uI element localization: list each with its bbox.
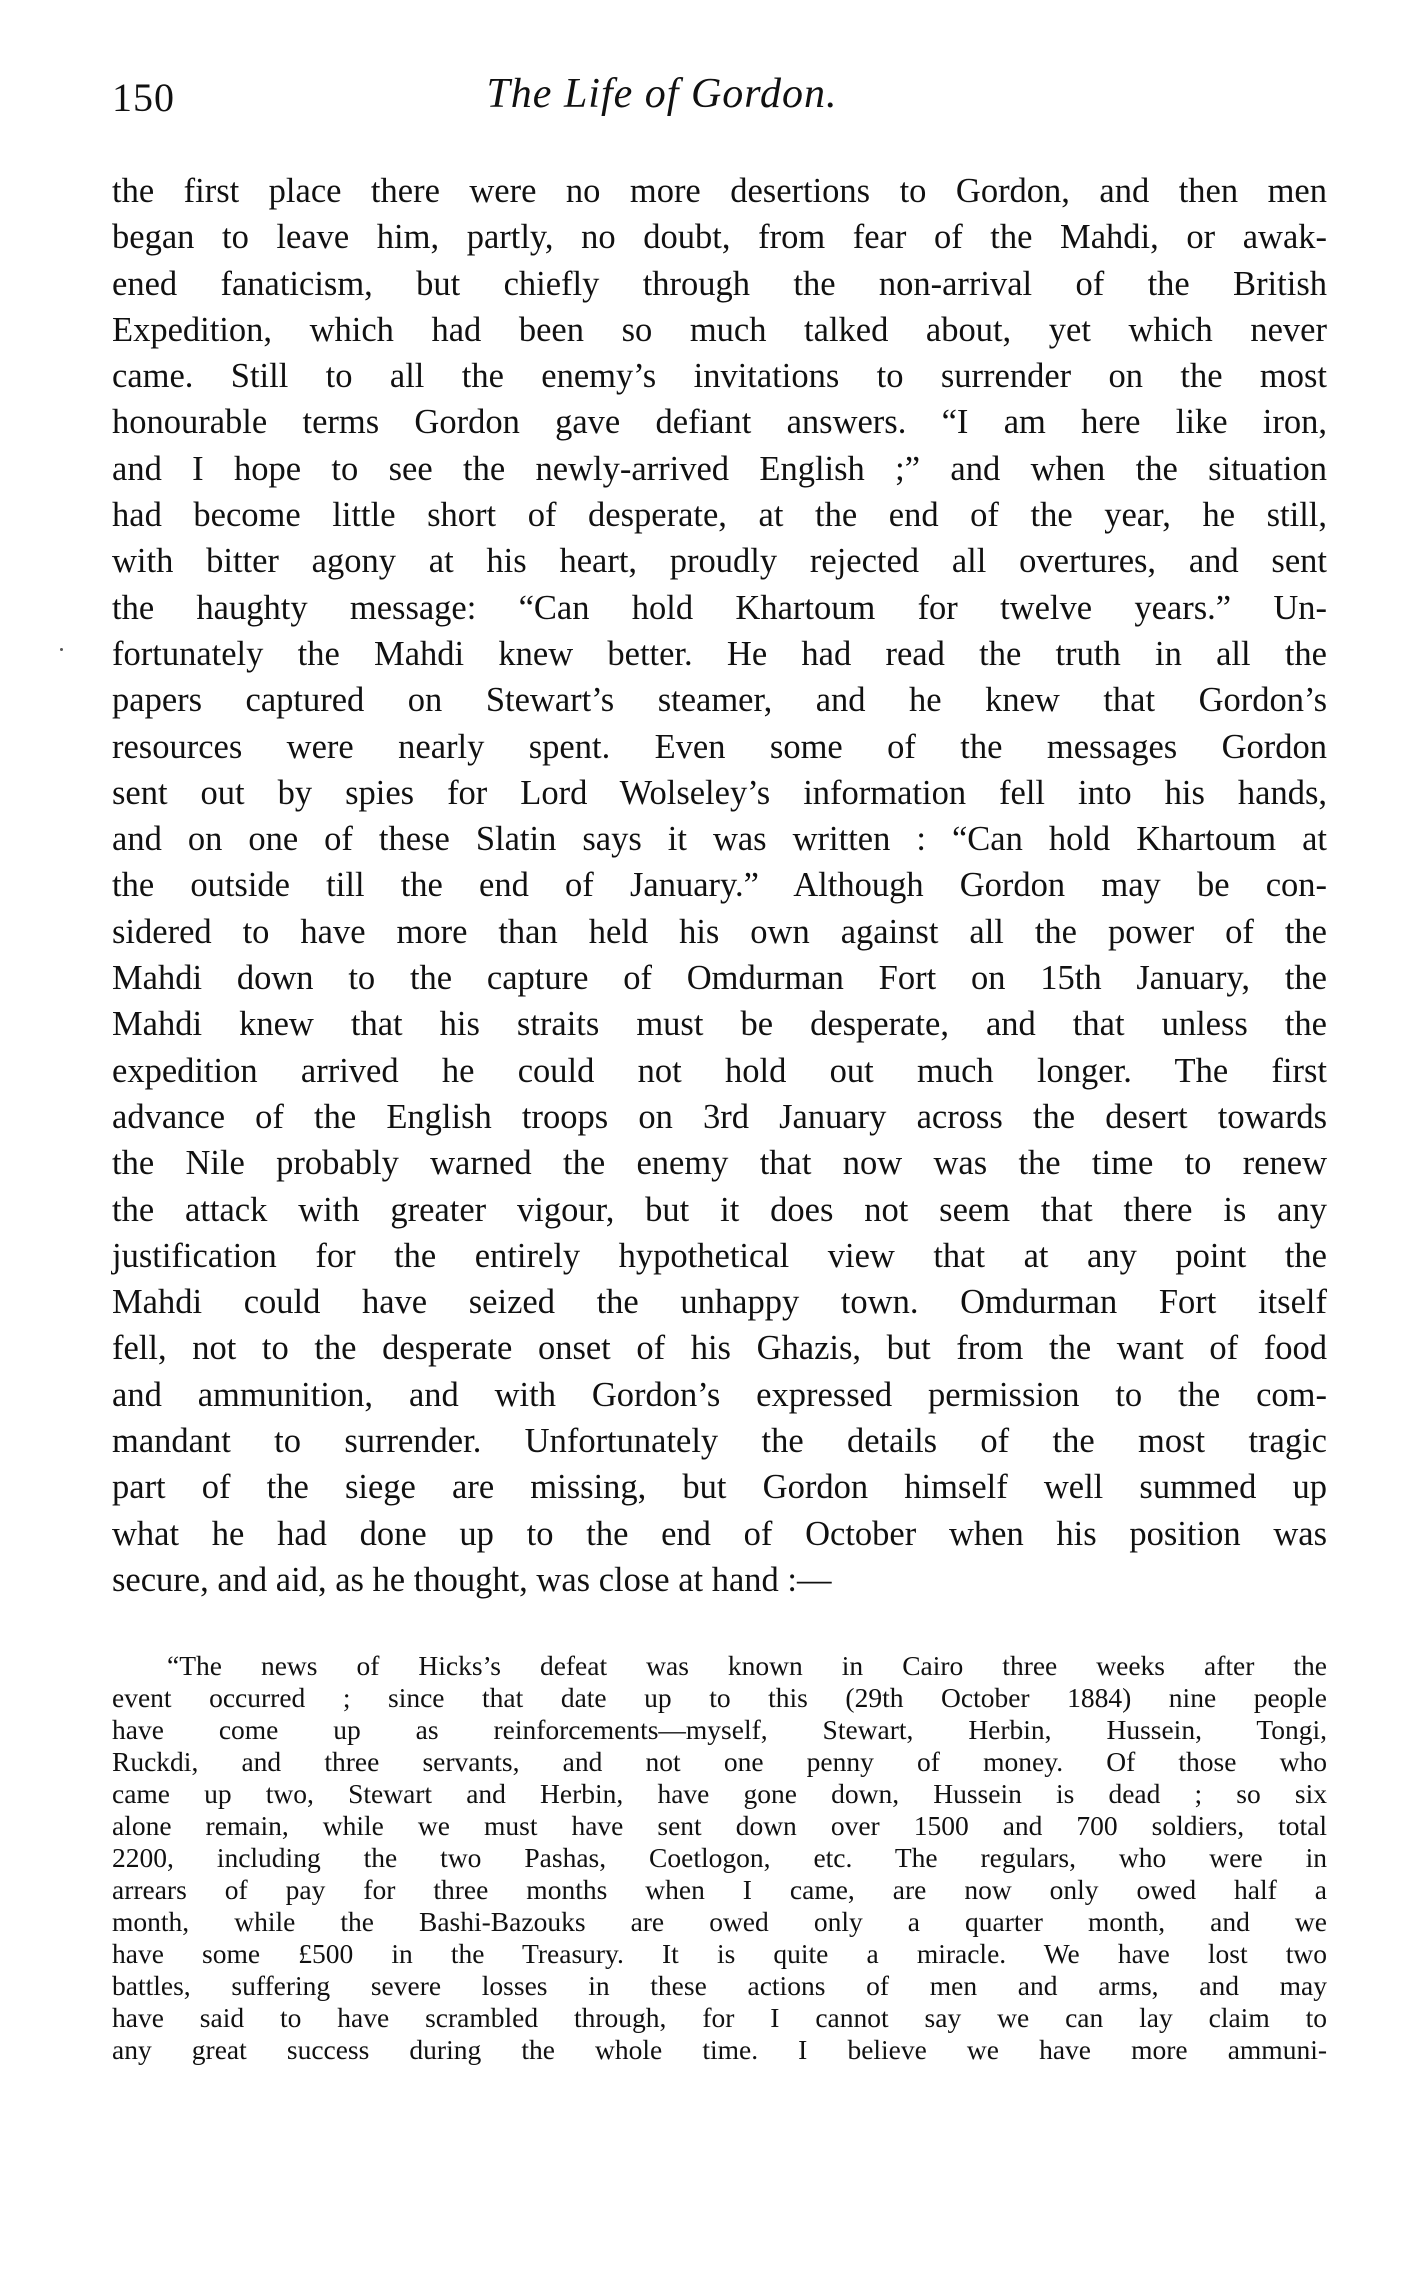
text-line: and on one of these Slatin says it was w… bbox=[112, 816, 1327, 862]
text-line: the Nile probably warned the enemy that … bbox=[112, 1140, 1327, 1186]
text-line: and ammunition, and with Gordon’s expres… bbox=[112, 1372, 1327, 1418]
text-line: the attack with greater vigour, but it d… bbox=[112, 1187, 1327, 1233]
quote-line: event occurred ; since that date up to t… bbox=[112, 1682, 1327, 1714]
text-line: secure, and aid, as he thought, was clos… bbox=[112, 1557, 1327, 1603]
text-line: the first place there were no more deser… bbox=[112, 168, 1327, 214]
text-line: what he had done up to the end of Octobe… bbox=[112, 1511, 1327, 1557]
text-line: expedition arrived he could not hold out… bbox=[112, 1048, 1327, 1094]
quote-line: came up two, Stewart and Herbin, have go… bbox=[112, 1778, 1327, 1810]
text-line: Mahdi knew that his straits must be desp… bbox=[112, 1001, 1327, 1047]
text-line: advance of the English troops on 3rd Jan… bbox=[112, 1094, 1327, 1140]
text-line: honourable terms Gordon gave defiant ans… bbox=[112, 399, 1327, 445]
margin-speck bbox=[60, 648, 63, 651]
body-paragraph: the first place there were no more deser… bbox=[112, 168, 1327, 1603]
block-quote: “The news of Hicks’s defeat was known in… bbox=[112, 1650, 1327, 2066]
text-line: sent out by spies for Lord Wolseley’s in… bbox=[112, 770, 1327, 816]
text-line: resources were nearly spent. Even some o… bbox=[112, 724, 1327, 770]
text-line: began to leave him, partly, no doubt, fr… bbox=[112, 214, 1327, 260]
quote-line: alone remain, while we must have sent do… bbox=[112, 1810, 1327, 1842]
quote-line: any great success during the whole time.… bbox=[112, 2034, 1327, 2066]
text-line: Mahdi could have seized the unhappy town… bbox=[112, 1279, 1327, 1325]
running-head: 150 The Life of Gordon. bbox=[112, 70, 1327, 120]
quote-line: month, while the Bashi-Bazouks are owed … bbox=[112, 1906, 1327, 1938]
quote-line: “The news of Hicks’s defeat was known in… bbox=[112, 1650, 1327, 1682]
text-line: part of the siege are missing, but Gordo… bbox=[112, 1464, 1327, 1510]
text-line: papers captured on Stewart’s steamer, an… bbox=[112, 677, 1327, 723]
quote-line: battles, suffering severe losses in thes… bbox=[112, 1970, 1327, 2002]
text-line: the outside till the end of January.” Al… bbox=[112, 862, 1327, 908]
quote-line: have come up as reinforcements—myself, S… bbox=[112, 1714, 1327, 1746]
text-line: mandant to surrender. Unfortunately the … bbox=[112, 1418, 1327, 1464]
quote-line: arrears of pay for three months when I c… bbox=[112, 1874, 1327, 1906]
text-line: had become little short of desperate, at… bbox=[112, 492, 1327, 538]
text-line: sidered to have more than held his own a… bbox=[112, 909, 1327, 955]
text-line: Mahdi down to the capture of Omdurman Fo… bbox=[112, 955, 1327, 1001]
text-line: the haughty message: “Can hold Khartoum … bbox=[112, 585, 1327, 631]
text-line: fell, not to the desperate onset of his … bbox=[112, 1325, 1327, 1371]
quote-line: Ruckdi, and three servants, and not one … bbox=[112, 1746, 1327, 1778]
quote-line: 2200, including the two Pashas, Coetlogo… bbox=[112, 1842, 1327, 1874]
text-line: Expedition, which had been so much talke… bbox=[112, 307, 1327, 353]
running-title: The Life of Gordon. bbox=[112, 70, 1212, 118]
quote-line: have some £500 in the Treasury. It is qu… bbox=[112, 1938, 1327, 1970]
text-line: came. Still to all the enemy’s invitatio… bbox=[112, 353, 1327, 399]
text-line: fortunately the Mahdi knew better. He ha… bbox=[112, 631, 1327, 677]
quote-line: have said to have scrambled through, for… bbox=[112, 2002, 1327, 2034]
text-line: justification for the entirely hypotheti… bbox=[112, 1233, 1327, 1279]
text-line: and I hope to see the newly-arrived Engl… bbox=[112, 446, 1327, 492]
text-line: with bitter agony at his heart, proudly … bbox=[112, 538, 1327, 584]
text-line: ened fanaticism, but chiefly through the… bbox=[112, 261, 1327, 307]
